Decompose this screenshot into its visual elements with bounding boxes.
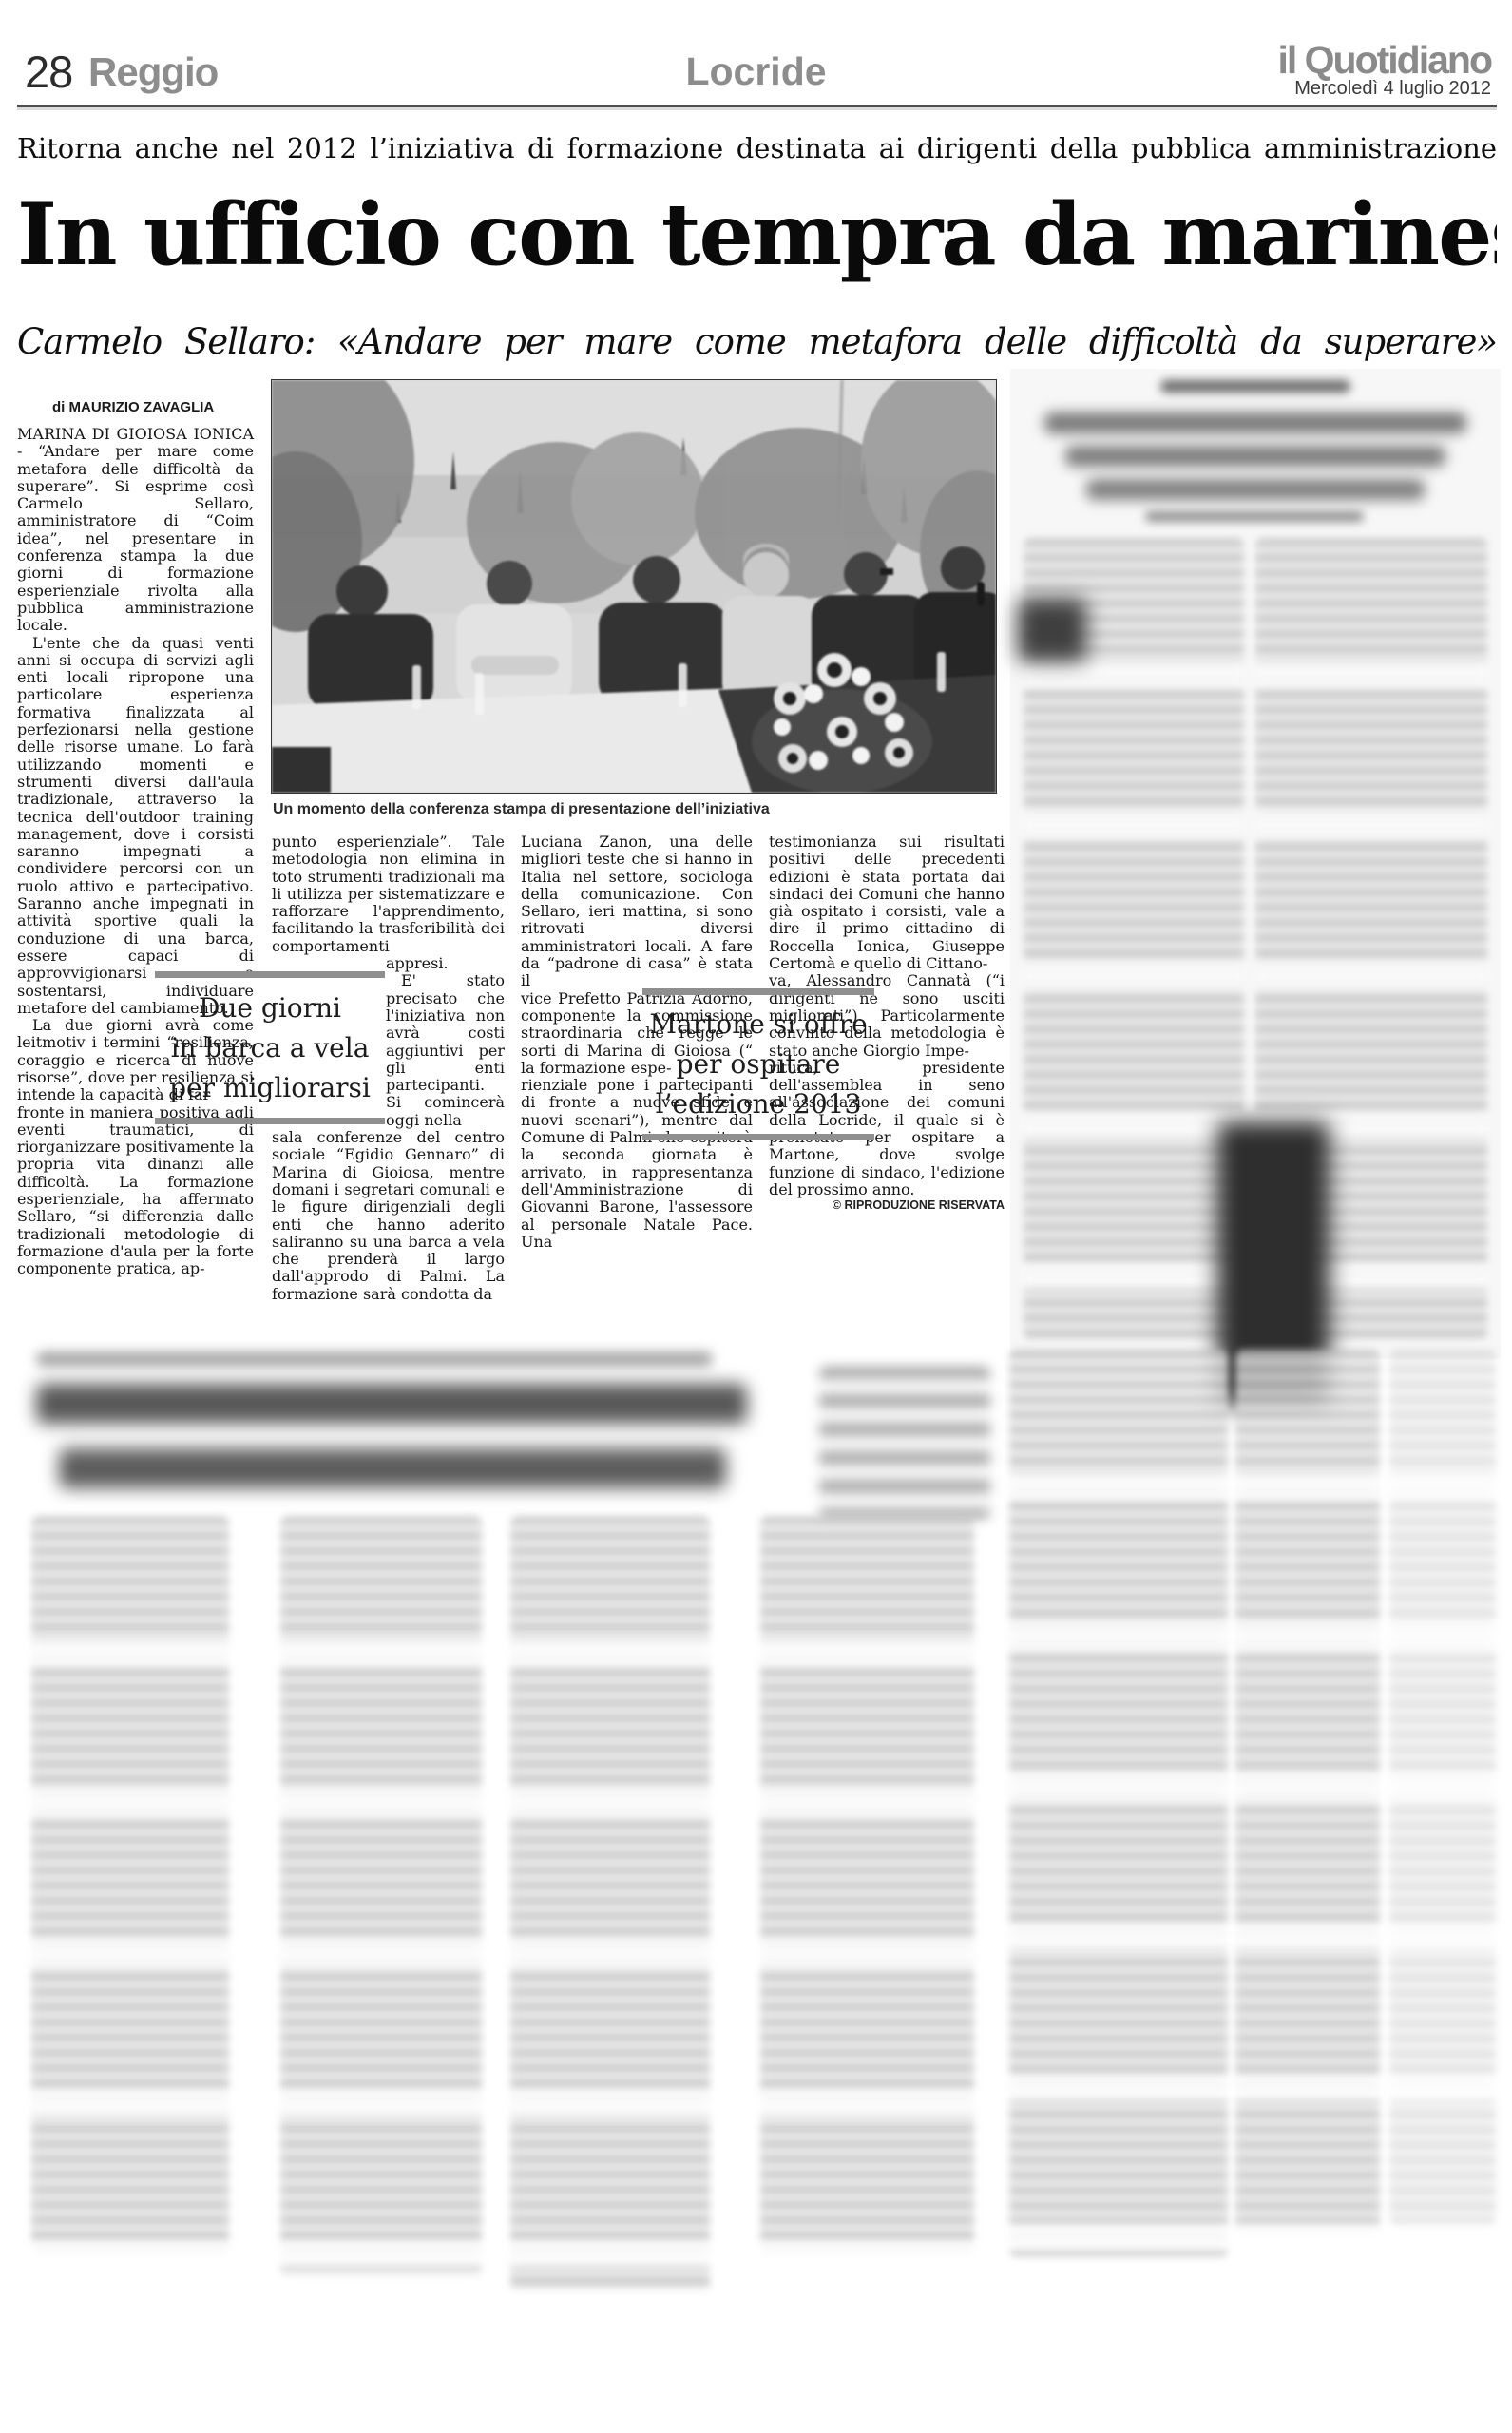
header-rule	[17, 105, 1497, 107]
blurred-image	[1018, 599, 1086, 661]
article-byline: di MAURIZIO ZAVAGLIA	[52, 399, 214, 415]
blurred-kicker	[36, 1351, 713, 1367]
conference-photo-scene	[272, 380, 996, 793]
conference-photo	[271, 379, 997, 794]
article-subhead: Carmelo Sellaro: «Andare per mare come m…	[17, 317, 1497, 367]
blurred-text-column	[31, 1516, 229, 2252]
copyright-notice: © RIPRODUZIONE RISERVATA	[769, 1198, 1005, 1212]
blurred-text-column	[280, 1516, 482, 2276]
paragraph: MARINA DI GIOIOSA IONICA - “Andare per m…	[17, 426, 254, 635]
paragraph: fronte in maniera positiva agli eventi t…	[17, 1104, 254, 1278]
pull-quote-boat: Due giorni in barca a vela per migliorar…	[155, 971, 385, 1124]
blurred-intro-column	[819, 1367, 990, 1519]
blurred-text-column	[760, 1516, 974, 2252]
article-kicker: Ritorna anche nel 2012 l’iniziativa di f…	[17, 129, 1497, 167]
edition-date: Mercoledì 4 luglio 2012	[1294, 78, 1491, 100]
blurred-text-column	[1009, 1350, 1228, 2257]
body-column-1: MARINA DI GIOIOSA IONICA - “Andare per m…	[17, 426, 254, 1278]
paragraph: sala conferenze del centro sociale “Egid…	[272, 1129, 505, 1303]
blurred-byline	[1145, 511, 1364, 522]
photo-caption: Un momento della conferenza stampa di pr…	[273, 801, 770, 818]
blurred-headline-line	[1086, 479, 1425, 500]
bottom-article-blurred	[0, 1350, 1512, 2433]
paragraph: testimonianza sui risultati positivi del…	[769, 833, 1005, 972]
blurred-headline-line	[36, 1384, 747, 1424]
article-headline: In ufficio con tempra da marines	[17, 179, 1497, 291]
newspaper-page: 28 Reggio Locride il Quotidiano Mercoled…	[0, 0, 1512, 2433]
paragraph: Luciana Zanon, una delle migliori teste …	[521, 833, 753, 990]
paragraph: E' stato precisato che l'iniziativa non …	[386, 972, 505, 1129]
blurred-text-column	[510, 1516, 710, 2290]
pull-quote-martone: Martone si offre per ospitare l’edizione…	[642, 988, 874, 1140]
blurred-kicker	[1160, 380, 1350, 393]
paragraph-wrap-quote: appresi. E' stato precisato che l'inizia…	[386, 955, 505, 1129]
blurred-headline-line	[59, 1448, 726, 1488]
paragraph: punto esperienziale”. Tale metodologia n…	[272, 833, 505, 955]
blurred-text-column	[1389, 1350, 1496, 2224]
paragraph: appresi.	[386, 955, 505, 972]
masthead-logo: il Quotidiano	[1277, 38, 1491, 83]
paragraph: L'ente che da quasi venti anni si occupa…	[17, 635, 254, 1018]
sidebar-article-blurred	[1010, 369, 1501, 1359]
blurred-headline-line	[1065, 446, 1445, 467]
blurred-headline-line	[1044, 412, 1466, 433]
blurred-text-column	[1235, 1350, 1380, 2233]
